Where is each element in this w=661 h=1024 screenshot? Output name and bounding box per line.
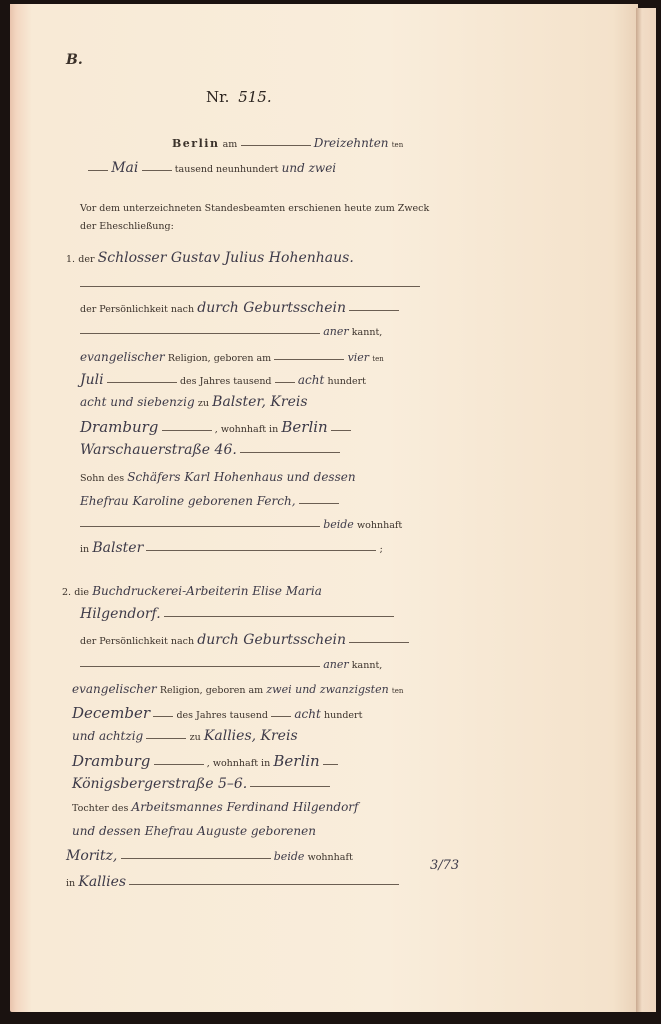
- ten-suffix: ten: [392, 141, 403, 149]
- party1-year-rest: acht und siebenzig: [80, 395, 195, 409]
- party1-mother-line: Ehefrau Karoline geborenen Ferch,: [80, 494, 339, 514]
- party1-birth-day: vier: [348, 351, 370, 364]
- party1-residence-line: Dramburg , wohnhaft in Berlin: [80, 418, 351, 438]
- party2-in-label: in: [66, 878, 75, 889]
- party2-residence-city: Berlin: [273, 752, 319, 770]
- party2-religion: evangelischer: [72, 682, 157, 696]
- party2-known-value: aner: [323, 658, 348, 671]
- party1-name-line: 1. der Schlosser Gustav Julius Hohenhaus…: [66, 250, 354, 270]
- intro-text: Vor dem unterzeichneten Standesbeamten e…: [80, 200, 430, 240]
- party2-birthplace: Kallies, Kreis: [204, 728, 298, 744]
- section-letter: B.: [66, 52, 83, 68]
- party2-street: Königsbergerstraße 5–6.: [72, 776, 247, 792]
- party2-district: Dramburg: [72, 752, 150, 770]
- party1-parent-label: Sohn des: [80, 473, 124, 484]
- party1-wohnhaft-label: wohnhaft: [357, 520, 402, 531]
- date-line-1: Berlin am Dreizehnten ten: [172, 136, 403, 156]
- party2-parent-label: Tochter des: [72, 803, 128, 814]
- party1-blank-line: [80, 280, 420, 300]
- party1-mother: Ehefrau Karoline geborenen Ferch,: [80, 494, 296, 508]
- party2-article: die: [74, 587, 89, 598]
- party2-father: Arbeitsmannes Ferdinand Hilgendorf: [132, 800, 359, 814]
- party1-parents-residence-line: in Balster ;: [80, 540, 383, 560]
- party1-in-label: in: [80, 544, 89, 555]
- party1-birthplace-label: zu: [198, 398, 209, 409]
- next-page-edge: [636, 8, 656, 1012]
- party1-year-century: acht: [298, 373, 324, 387]
- party2-street-line: Königsbergerstraße 5–6.: [72, 776, 330, 796]
- party1-religion: evangelischer: [80, 350, 165, 364]
- party2-birth-day: zwei und zwanzigsten: [266, 683, 388, 696]
- party1-street-line: Warschauerstraße 46.: [80, 442, 340, 462]
- party1-end-punct: ;: [380, 544, 383, 555]
- party2-mother-maiden: Moritz,: [66, 848, 117, 864]
- party1-identity-label: der Persönlichkeit nach: [80, 304, 194, 315]
- party2-surname-line: Hilgendorf.: [80, 606, 394, 626]
- place: Berlin: [172, 137, 219, 150]
- party2-mother: und dessen Ehefrau Auguste geborenen: [72, 824, 316, 838]
- party1-occupation-name: Schlosser Gustav Julius Hohenhaus.: [98, 250, 354, 266]
- party1-father: Schäfers Karl Hohenhaus und dessen: [127, 470, 355, 484]
- party1-district: Dramburg: [80, 418, 158, 436]
- party2-father-line: Tochter des Arbeitsmannes Ferdinand Hilg…: [72, 800, 358, 820]
- party1-religion-line: evangelischer Religion, geboren am vier …: [80, 350, 384, 370]
- party2-known-suffix: kannt,: [352, 660, 383, 671]
- party2-residence-label: , wohnhaft in: [207, 758, 270, 769]
- party1-identity-value: durch Geburtsschein: [197, 300, 346, 316]
- party1-known-value: aner: [323, 325, 348, 338]
- party2-name-line: 2. die Buchdruckerei-Arbeiterin Elise Ma…: [62, 584, 322, 604]
- party2-year-label: des Jahres tausend: [176, 710, 268, 721]
- party2-occupation-name: Buchdruckerei-Arbeiterin Elise Maria: [92, 584, 322, 598]
- party2-birthplace-label: zu: [190, 732, 201, 743]
- party1-article: der: [78, 254, 94, 265]
- party2-surname: Hilgendorf.: [80, 606, 161, 622]
- party2-religion-line: evangelischer Religion, geboren am zwei …: [72, 682, 403, 702]
- party1-ten-suffix: ten: [372, 355, 383, 363]
- party2-religion-label: Religion, geboren am: [160, 685, 263, 696]
- party1-birthplace-line: acht und siebenzig zu Balster, Kreis: [80, 394, 308, 414]
- party1-hundred-label: hundert: [328, 376, 366, 387]
- party2-parents-status: beide: [274, 850, 305, 863]
- am-label: am: [223, 139, 238, 150]
- party1-father-line: Sohn des Schäfers Karl Hohenhaus und des…: [80, 470, 356, 490]
- party2-index: 2.: [62, 587, 71, 598]
- party2-identity-label: der Persönlichkeit nach: [80, 636, 194, 647]
- party1-parents-residence: Balster: [92, 540, 143, 556]
- margin-note: 3/73: [430, 858, 459, 873]
- party1-residence-city: Berlin: [281, 418, 327, 436]
- party2-mother-line: und dessen Ehefrau Auguste geborenen: [72, 824, 316, 844]
- party2-hundred-label: hundert: [324, 710, 362, 721]
- party1-religion-label: Religion, geboren am: [168, 353, 271, 364]
- party1-year-label: des Jahres tausend: [180, 376, 272, 387]
- date-day: Dreizehnten: [314, 136, 389, 150]
- party2-ten-suffix: ten: [392, 687, 403, 695]
- party2-parents-status-line: Moritz, beide wohnhaft: [66, 848, 353, 868]
- party2-identity-value: durch Geburtsschein: [197, 632, 346, 648]
- party2-birthplace-line: und achtzig zu Kallies, Kreis: [72, 728, 298, 748]
- year-prefix: tausend neunhundert: [175, 164, 279, 175]
- party1-known-suffix: kannt,: [352, 327, 383, 338]
- party1-birthplace: Balster, Kreis: [212, 394, 307, 410]
- date-line-2: Mai tausend neunhundert und zwei: [88, 160, 336, 180]
- party1-parents-status-line: beide wohnhaft: [80, 518, 402, 538]
- party1-residence-label: , wohnhaft in: [215, 424, 278, 435]
- party1-index: 1.: [66, 254, 75, 265]
- year-suffix: und zwei: [282, 161, 337, 175]
- party2-year-rest: und achtzig: [72, 729, 143, 743]
- party1-birthyear-line: Juli des Jahres tausend acht hundert: [80, 372, 366, 392]
- date-month: Mai: [111, 160, 138, 176]
- record-number-value: 515.: [238, 88, 271, 106]
- party2-known-line: aner kannt,: [80, 658, 382, 678]
- party1-parents-status: beide: [323, 518, 354, 531]
- party2-residence-line: Dramburg , wohnhaft in Berlin: [72, 752, 338, 772]
- party2-identity-line: der Persönlichkeit nach durch Geburtssch…: [80, 632, 409, 652]
- party2-birthyear-line: December des Jahres tausend acht hundert: [72, 704, 362, 724]
- party2-parents-residence: Kallies: [78, 874, 126, 890]
- party1-known-line: aner kannt,: [80, 325, 382, 345]
- party1-street: Warschauerstraße 46.: [80, 442, 237, 458]
- record-number-label: Nr.: [206, 88, 229, 106]
- party1-birth-month: Juli: [80, 372, 104, 388]
- party2-birth-month: December: [72, 704, 150, 722]
- party2-wohnhaft-label: wohnhaft: [308, 852, 353, 863]
- party2-year-century: acht: [294, 707, 320, 721]
- record-number: Nr. 515.: [206, 88, 272, 106]
- party1-identity-line: der Persönlichkeit nach durch Geburtssch…: [80, 300, 399, 320]
- party2-parents-residence-line: in Kallies: [66, 874, 399, 894]
